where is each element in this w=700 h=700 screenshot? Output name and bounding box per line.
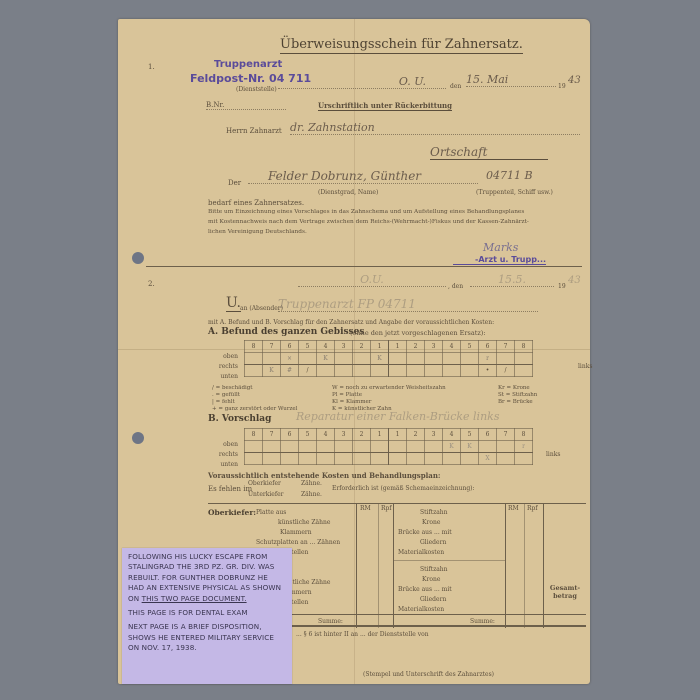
legend-item: Kl = Klammer [332, 399, 446, 406]
patient-name-field: Felder Dobrunz, Günther [248, 169, 478, 184]
punch-hole [132, 252, 144, 264]
note-paragraph-2: THIS PAGE IS FOR DENTAL EXAM [128, 608, 286, 618]
request-text-3: lichen Vereinigung Deutschlands. [208, 229, 307, 235]
tooth-cell: 1 [389, 341, 407, 353]
tooth-cell: 6 [281, 341, 299, 353]
date-label-1: den [450, 83, 461, 90]
tooth-cell: 7 [263, 341, 281, 353]
teeth-lower-row: K#/ •/ [245, 365, 533, 377]
intro-text: mit A. Befund und B. Vorschlag für den Z… [208, 319, 494, 326]
request-text-2: mit Kostennachweis nach dem Vertrage zwi… [208, 219, 529, 225]
section-a-title: A. Befund des ganzen Gebisses [208, 327, 364, 337]
br-number-label: B.Nr. [206, 101, 286, 110]
plan-item: Materialkosten [398, 549, 444, 556]
row-label-unten-b: unten [218, 461, 238, 468]
tooth-cell: 4 [443, 429, 461, 441]
unit-field: 04711 B [486, 169, 533, 182]
tooth-cell: 3 [425, 341, 443, 353]
teeth-word-upper: Zähne. [301, 480, 322, 487]
date-field-2: 15.5. [470, 273, 554, 287]
column-divider [524, 504, 525, 628]
rank-name-caption: (Dienstgrad, Name) [318, 189, 378, 196]
currency-rpf: Rpf [381, 505, 392, 512]
tooth-cell: 4 [317, 429, 335, 441]
tooth-cell: 2 [353, 429, 371, 441]
to-label: U. [226, 295, 241, 312]
teeth-lower-row: X [245, 453, 533, 465]
note-text-underlined: THIS TWO PAGE DOCUMENT. [142, 594, 247, 603]
return-note: Urschriftlich unter Rückerbittung [318, 101, 452, 111]
tooth-cell: 7 [263, 429, 281, 441]
plan-item: Krone [422, 576, 440, 583]
currency-rm: RM [508, 505, 519, 512]
legend-item: Br = Brücke [498, 399, 537, 406]
tooth-cell: 3 [335, 341, 353, 353]
upper-jaw-label: Oberkiefer [248, 480, 281, 487]
document-title: Überweisungsschein für Zahnersatz. [280, 37, 523, 54]
legend-item: Pl = Platte [332, 392, 446, 399]
der-label: Der [228, 179, 241, 187]
tooth-cell: 6 [479, 429, 497, 441]
tooth-cell: 2 [407, 429, 425, 441]
tooth-cell: 8 [245, 429, 263, 441]
section-number-1: 1. [148, 63, 155, 71]
place-field-1: O. U. [278, 75, 446, 89]
row-label-rechts-b: rechts [218, 451, 238, 458]
section-a-note: (ohne den jetzt vorgeschlagenen Ersatz): [350, 329, 486, 337]
column-divider [393, 504, 394, 628]
note-paragraph-3: NEXT PAGE IS A BRIEF DISPOSITION, SHOWS … [128, 622, 286, 653]
teeth-upper-row: ×KK r [245, 353, 533, 365]
addressee-label: Herrn Zahnarzt [226, 127, 282, 135]
legend-item: Kr = Krone [498, 385, 537, 392]
sum-label-right: Summe: [470, 618, 495, 625]
signature-handwritten: Marks [483, 241, 518, 254]
missing-label: Es fehlen im [208, 485, 252, 493]
row-label-oben-b: oben [218, 441, 238, 448]
tooth-cell: 5 [461, 341, 479, 353]
tooth-cell: 1 [389, 429, 407, 441]
plan-item: Klammern [280, 529, 312, 536]
row-label-rechts-a: rechts [218, 363, 238, 370]
year-field-1: 43 [568, 75, 581, 86]
plan-item: Gliedern [420, 596, 446, 603]
row-label-unten-a: unten [218, 373, 238, 380]
to-field: Truppenarzt FP 04711 [278, 297, 538, 312]
tooth-cell: 2 [353, 341, 371, 353]
currency-rm: RM [360, 505, 371, 512]
plan-item: künstliche Zähne [278, 519, 330, 526]
plan-item: Gliedern [420, 539, 446, 546]
addressee-field: dr. Zahnstation [290, 121, 580, 135]
tooth-cell: 1 [371, 341, 389, 353]
signature-stamp: -Arzt u. Trupp... [453, 255, 546, 265]
plan-item: Schutzplatten an ... Zähnen [256, 539, 340, 546]
tooth-cell: 7 [497, 429, 515, 441]
needs-text: bedarf eines Zahnersatzes. [208, 199, 304, 207]
stamp-caption: (Dienststelle) [236, 86, 277, 93]
tooth-cell: 8 [515, 429, 533, 441]
links-label-b: links [546, 451, 560, 458]
teeth-chart-b: 8 7 6 5 4 3 2 1 1 2 3 4 5 6 7 8 KKr X [244, 428, 533, 465]
legend-item: | = fehlt [212, 399, 297, 406]
note-paragraph-1: FOLLOWING HIS LUCKY ESCAPE FROM STALINGR… [128, 552, 286, 604]
tooth-cell: 4 [443, 341, 461, 353]
section-number-2: 2. [148, 280, 155, 288]
teeth-chart-a: 8 7 6 5 4 3 2 1 1 2 3 4 5 6 7 8 ×KK r K#… [244, 340, 533, 377]
unit-caption: (Truppenteil, Schiff usw.) [476, 189, 553, 196]
year-prefix-1: 19 [558, 83, 566, 90]
tooth-cell: 2 [407, 341, 425, 353]
tooth-cell: 3 [425, 429, 443, 441]
tooth-cell: 7 [497, 341, 515, 353]
total-label: Gesamt-betrag [548, 584, 582, 600]
sum-label-left: Summe: [318, 618, 343, 625]
column-divider [543, 504, 544, 628]
column-divider [505, 504, 506, 628]
legend-item: + = ganz zerstört oder Wurzel [212, 406, 297, 413]
plan-item: Brücke aus ... mit [398, 586, 452, 593]
row-divider [394, 560, 505, 561]
section-divider [146, 266, 582, 267]
plan-item: Materialkosten [398, 606, 444, 613]
section-b-handwritten: Reparatur einer Falken-Brücke links [296, 410, 499, 423]
year-field-2: 43 [568, 275, 581, 286]
tooth-cell: 1 [371, 429, 389, 441]
plan-item: Brücke aus ... mit [398, 529, 452, 536]
teeth-number-row: 8 7 6 5 4 3 2 1 1 2 3 4 5 6 7 8 [245, 429, 533, 441]
date-label-2: , den [448, 283, 463, 290]
teeth-upper-row: KKr [245, 441, 533, 453]
tooth-cell: 6 [479, 341, 497, 353]
year-prefix-2: 19 [558, 283, 566, 290]
oberkiefer-label: Oberkiefer: [208, 508, 256, 517]
plan-item: Krone [422, 519, 440, 526]
currency-rpf: Rpf [527, 505, 538, 512]
plan-item: Platte aus [256, 509, 286, 516]
sticky-note: FOLLOWING HIS LUCKY ESCAPE FROM STALINGR… [122, 548, 292, 684]
teeth-word-lower: Zähne. [301, 491, 322, 498]
tooth-cell: 5 [299, 341, 317, 353]
required-text: Erforderlich ist (gemäß Schemaeinzeichnu… [332, 485, 475, 492]
to-caption: an (Absender) [240, 305, 283, 312]
stamp-line-1: Truppenarzt [214, 59, 282, 70]
legend-item: / = beschädigt [212, 385, 297, 392]
footer-left-text: ... § 6 ist hinter II an ... der Diensts… [296, 631, 429, 638]
lower-jaw-label: Unterkiefer [248, 491, 284, 498]
dentist-signature-caption: (Stempel und Unterschrift des Zahnarztes… [363, 671, 494, 678]
legend-item: St = Stiftzahn [498, 392, 537, 399]
date-field-1: 15. Mai [466, 73, 556, 87]
plan-item: Stiftzahn [420, 566, 448, 573]
tooth-cell: 8 [515, 341, 533, 353]
tooth-cell: 5 [461, 429, 479, 441]
row-label-oben-a: oben [218, 353, 238, 360]
legend-column-3: Kr = Krone St = Stiftzahn Br = Brücke [498, 385, 537, 406]
request-text-1: Bitte um Einzeichnung eines Vorschlages … [208, 209, 524, 215]
links-label-a: links [578, 363, 592, 370]
addressee-place-field: Ortschaft [430, 145, 548, 160]
column-divider [378, 504, 379, 628]
legend-column-1: / = beschädigt . = gefüllt | = fehlt + =… [212, 385, 297, 413]
plan-item: Stiftzahn [420, 509, 448, 516]
tooth-cell: 8 [245, 341, 263, 353]
tooth-cell: 4 [317, 341, 335, 353]
place-field-2: O.U. [298, 273, 446, 287]
legend-item: W = noch zu erwartender Weisheitszahn [332, 385, 446, 392]
tooth-cell: 5 [299, 429, 317, 441]
punch-hole [132, 432, 144, 444]
section-b-title: B. Vorschlag [208, 414, 271, 424]
legend-item: . = gefüllt [212, 392, 297, 399]
column-divider [356, 504, 357, 628]
costs-title: Voraussichtlich entstehende Kosten und B… [208, 471, 441, 480]
teeth-number-row: 8 7 6 5 4 3 2 1 1 2 3 4 5 6 7 8 [245, 341, 533, 353]
legend-column-2: W = noch zu erwartender Weisheitszahn Pl… [332, 385, 446, 413]
tooth-cell: 6 [281, 429, 299, 441]
tooth-cell: 3 [335, 429, 353, 441]
